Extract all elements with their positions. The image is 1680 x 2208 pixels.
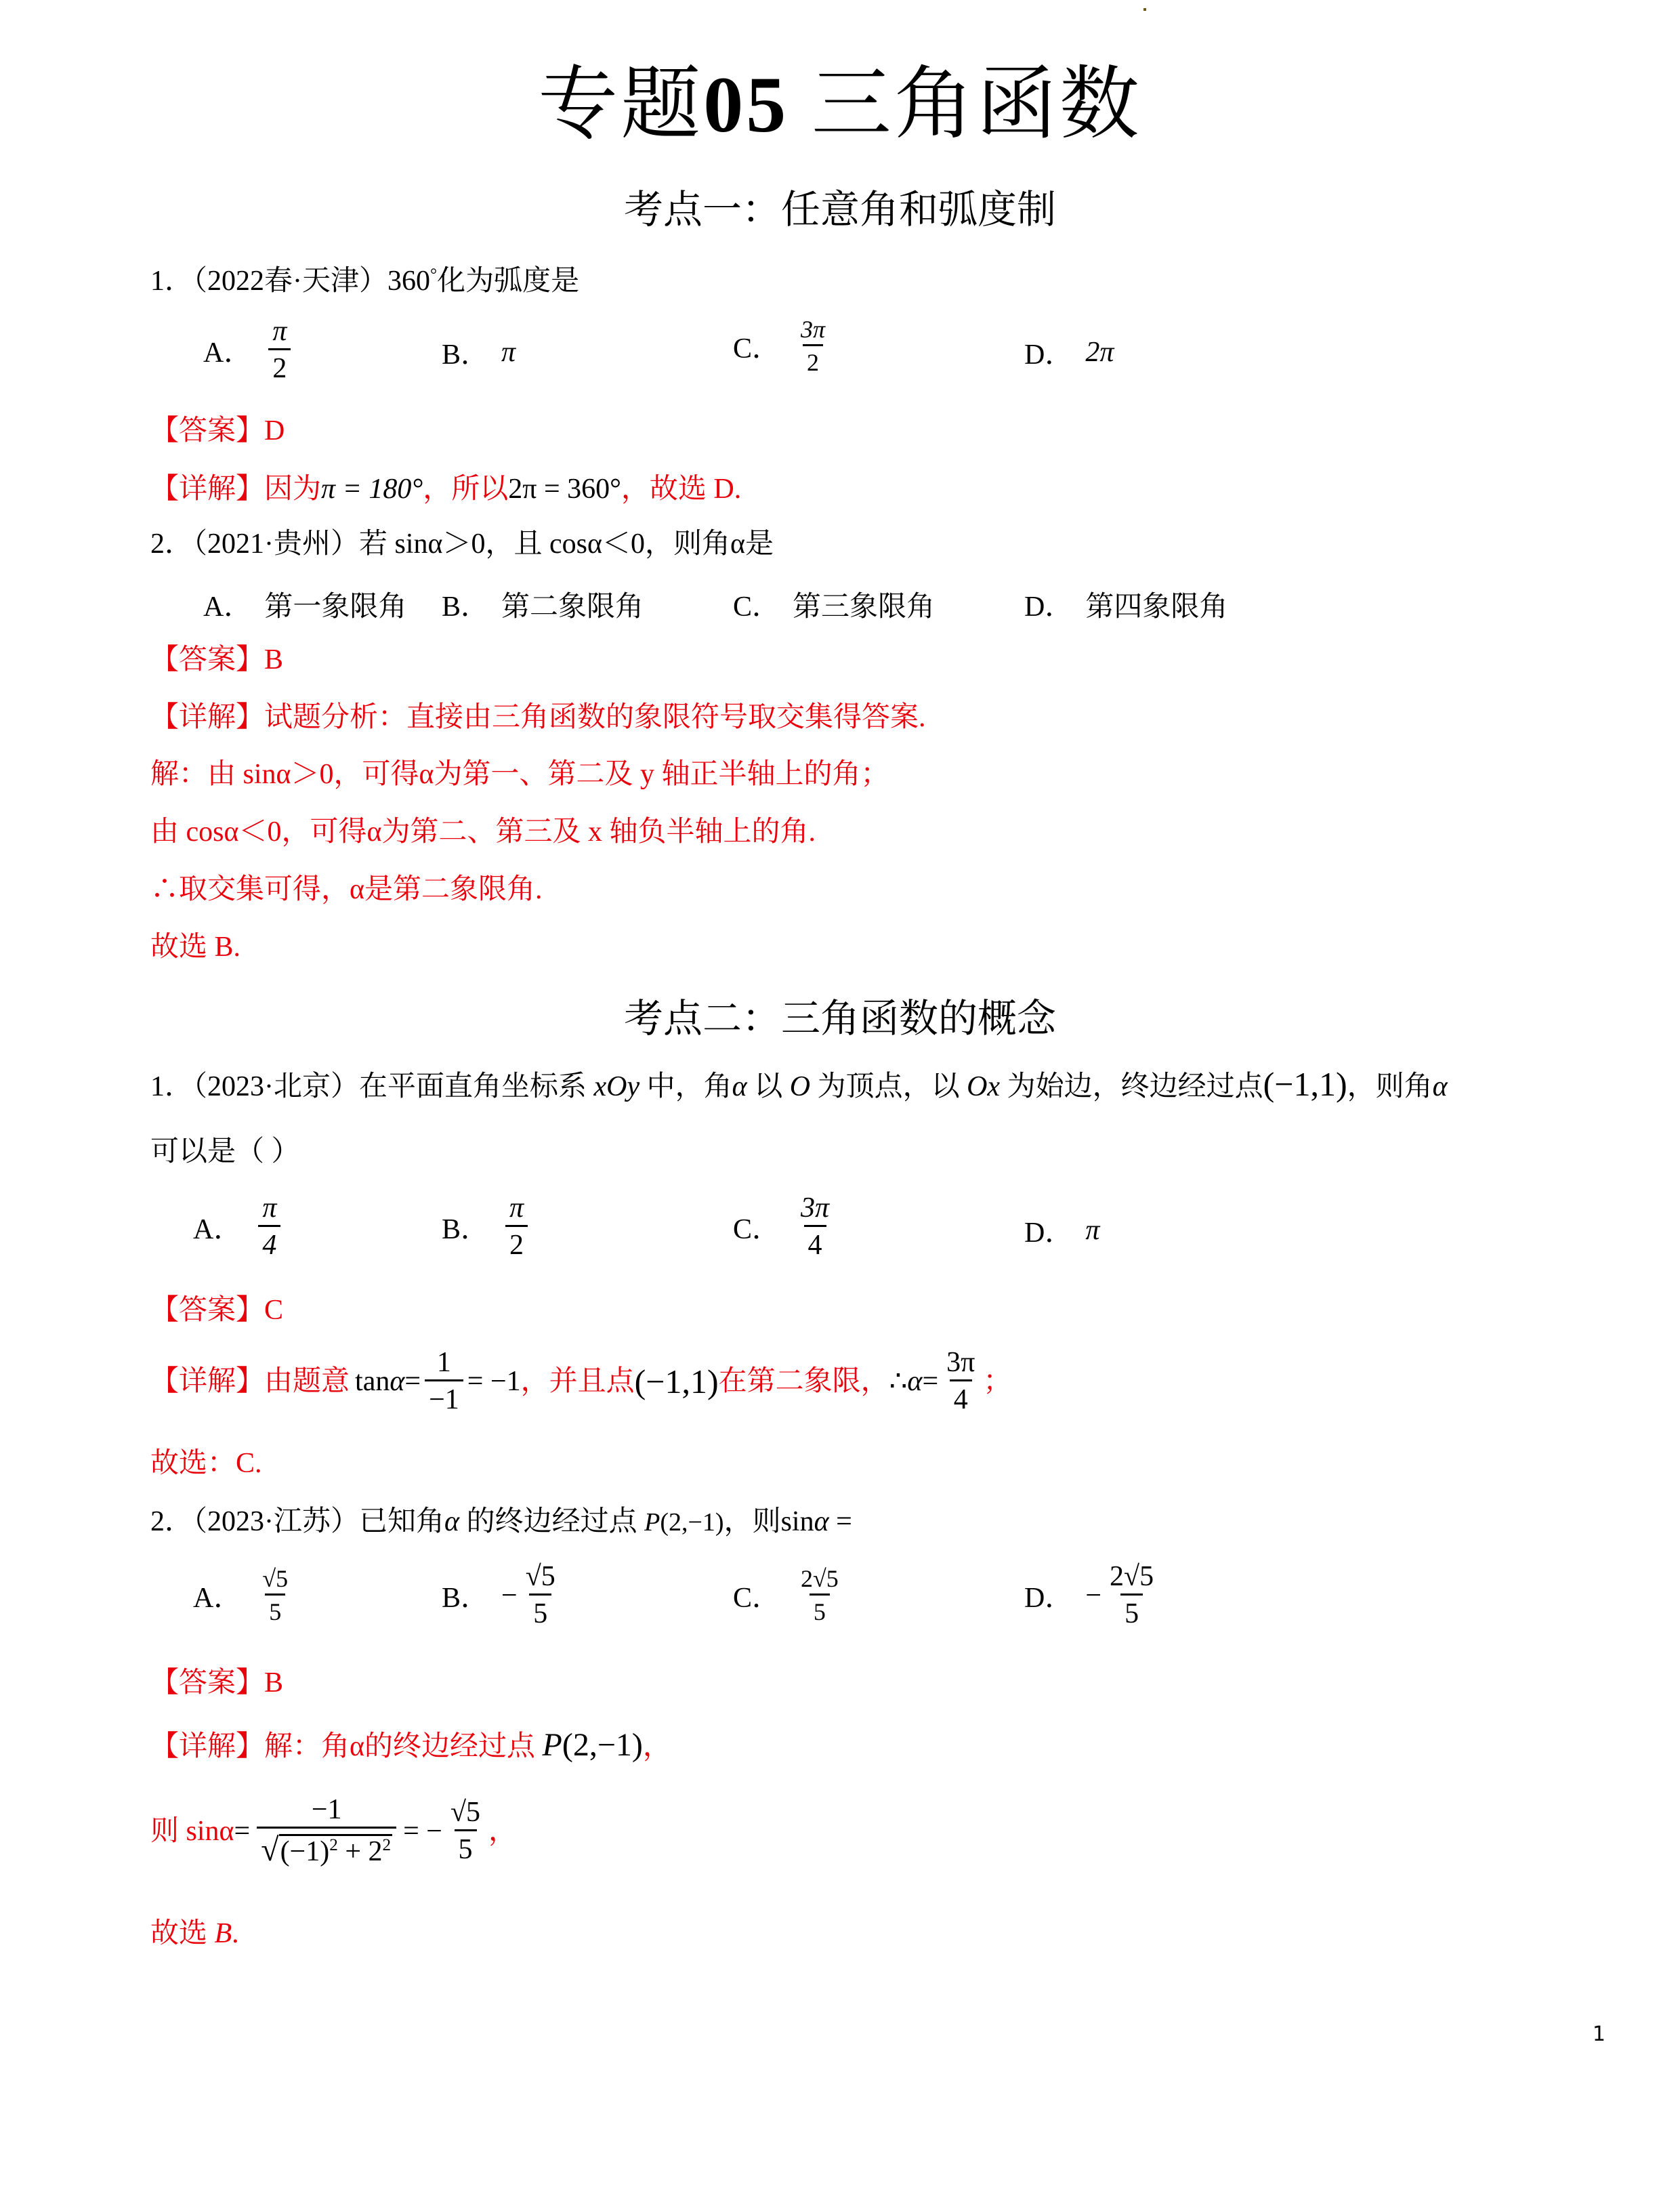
math-op: = <box>922 1362 938 1400</box>
conclusion-text: . <box>232 1918 239 1949</box>
option-label: D． <box>1024 1575 1073 1616</box>
answer-line: 【答案】C <box>150 1291 283 1329</box>
denominator: 5 <box>810 1593 830 1624</box>
question-1-1-stem: 1．（2022春·天津）360°化为弧度是 <box>150 256 579 300</box>
math-var: α <box>390 1362 404 1400</box>
denominator: √(−1)2 + 22 <box>257 1827 396 1867</box>
conclusion-line: 故选 B. <box>150 1915 239 1953</box>
degree-sign: ° <box>430 266 437 284</box>
stem-text: 中，角 <box>639 1071 732 1102</box>
fraction: π2 <box>268 317 291 383</box>
fraction: −1 √(−1)2 + 22 <box>257 1795 396 1867</box>
denominator: 5 <box>1120 1593 1143 1628</box>
stem-value: 360 <box>387 266 430 297</box>
math-func: sin <box>781 1506 814 1537</box>
exponent: 2 <box>383 1836 392 1854</box>
explanation-line: 【详解】解：角α的终边经过点 P(2,−1)， <box>150 1726 671 1766</box>
option-d[interactable]: D． 2π <box>1024 332 1114 373</box>
answer-value: B <box>215 1918 232 1949</box>
answer-line: 【答案】B <box>150 641 283 679</box>
question-source: （2022春·天津） <box>193 266 387 297</box>
radicand: (−1)2 + 22 <box>279 1834 393 1867</box>
option-value: π <box>1085 1214 1099 1247</box>
numerator: √5 <box>446 1798 484 1829</box>
question-number: 2． <box>150 1506 193 1537</box>
option-a[interactable]: A．√55 <box>193 1566 296 1624</box>
numerator: 3π <box>942 1348 979 1379</box>
solution-line: 故选 B. <box>150 928 240 966</box>
numerator: π <box>268 317 291 348</box>
option-c[interactable]: C．第三象限角 <box>733 584 935 625</box>
formula-suffix: ， <box>488 1812 517 1850</box>
option-d[interactable]: D．−2√55 <box>1024 1562 1162 1628</box>
math-op: = <box>234 1812 251 1850</box>
option-a[interactable]: A．第一象限角 <box>203 584 406 625</box>
fraction: 3π2 <box>797 317 829 375</box>
numerator: 3π <box>797 317 829 344</box>
question-1-2-stem: 2．（2021·贵州）若 sinα＞0，且 cosα＜0，则角α是 <box>150 525 774 563</box>
explain-label: 【详解】 <box>150 702 264 733</box>
option-label: A． <box>203 584 252 625</box>
page-title: 专题05 三角函数 <box>0 39 1680 154</box>
option-label: D． <box>1024 584 1073 625</box>
scan-artifact-dot <box>1143 8 1146 11</box>
math-var: Ox <box>967 1071 1000 1102</box>
option-value: 2π <box>1085 336 1114 369</box>
option-label: A． <box>203 330 252 371</box>
fraction: π2 <box>505 1194 528 1259</box>
math-var: P <box>644 1508 660 1537</box>
option-label: D． <box>1024 1210 1073 1251</box>
question-number: 1． <box>150 266 193 297</box>
conclusion-text: 故选 <box>150 1918 215 1949</box>
exponent: 2 <box>329 1836 338 1854</box>
page-number: 1 <box>1593 2022 1605 2046</box>
math-term: (−1) <box>280 1836 330 1867</box>
math-var: α <box>444 1506 459 1537</box>
math-var: P <box>543 1727 562 1763</box>
answer-label: 【答案】 <box>150 1667 264 1699</box>
denominator: 4 <box>804 1225 826 1259</box>
fraction: 3π4 <box>942 1348 979 1414</box>
numerator: 2√5 <box>797 1566 843 1593</box>
stem-text: 以 <box>747 1071 790 1102</box>
numerator: √5 <box>522 1562 560 1593</box>
option-value: π <box>501 336 516 369</box>
option-c[interactable]: C．2√55 <box>733 1566 847 1624</box>
math-func: tan <box>355 1362 390 1400</box>
explain-text: ，并且点 <box>521 1362 635 1400</box>
solution-line: 由 cosα＜0，可得α为第二、第三及 x 轴负半轴上的角. <box>150 813 816 851</box>
fraction: 2√55 <box>797 1566 843 1624</box>
option-label: C． <box>733 584 780 625</box>
option-value: 第四象限角 <box>1085 584 1227 625</box>
solution-line: ∴取交集可得，α是第二象限角. <box>150 871 543 909</box>
numerator: π <box>258 1194 280 1225</box>
numerator: 3π <box>797 1194 833 1225</box>
math-expression: 2π = 360° <box>508 474 621 505</box>
denominator: 2 <box>803 344 823 375</box>
question-source: （2023·北京） <box>193 1071 359 1102</box>
formula-line: 则 sinα = −1 √(−1)2 + 22 = − √55 ， <box>150 1795 517 1867</box>
answer-label: 【答案】 <box>150 1295 264 1326</box>
option-label: B． <box>442 584 489 625</box>
option-d[interactable]: D．第四象限角 <box>1024 584 1227 625</box>
option-label: C． <box>733 1207 780 1247</box>
fraction: π4 <box>258 1194 280 1259</box>
fraction: 3π4 <box>797 1194 833 1259</box>
option-b[interactable]: B．−√55 <box>442 1562 564 1628</box>
option-value: 第一象限角 <box>264 584 406 625</box>
math-op: = − <box>403 1812 442 1850</box>
numerator: 1 <box>433 1348 455 1379</box>
option-label: D． <box>1024 332 1073 373</box>
numerator: 2√5 <box>1106 1562 1158 1593</box>
explain-text: ，所以 <box>423 474 508 505</box>
option-b[interactable]: B．第二象限角 <box>442 584 644 625</box>
math-expression: π = 180° <box>321 474 423 505</box>
math-var: xOy <box>594 1071 640 1102</box>
math-point: (−1,1) <box>635 1362 719 1400</box>
explain-text: ，故选 D. <box>621 474 741 505</box>
denominator: 5 <box>529 1593 551 1628</box>
explain-text: 解：角α的终边经过点 <box>264 1731 543 1762</box>
solution-line: 解：由 sinα＞0，可得α为第一、第二及 y 轴正半轴上的角； <box>150 755 889 793</box>
formula-prefix: 则 sinα <box>150 1812 234 1850</box>
question-number: 2． <box>150 528 193 560</box>
title-prefix: 专题 <box>538 60 703 149</box>
explanation-line: 【详解】由题意 tanα = 1−1 = −1 ，并且点(−1,1) 在第二象限… <box>150 1348 1011 1414</box>
denominator: 5 <box>455 1829 477 1864</box>
explain-text: 试题分析：直接由三角函数的象限符号取交集得答案. <box>264 702 926 733</box>
section-heading-2: 考点二：三角函数的概念 <box>0 986 1680 1043</box>
denominator: 4 <box>258 1225 280 1259</box>
stem-text: 的终边经过点 <box>459 1506 644 1537</box>
stem-text: 在平面直角坐标系 <box>359 1071 594 1102</box>
explain-text: 在第二象限， <box>719 1362 889 1400</box>
question-source: （2023·江苏） <box>193 1506 359 1537</box>
answer-value: C <box>264 1295 283 1326</box>
explain-label: 【详解】 <box>150 474 264 505</box>
section-heading-1: 考点一：任意角和弧度制 <box>0 178 1680 234</box>
option-a[interactable]: A． π2 <box>203 317 295 383</box>
denominator: 2 <box>268 348 291 383</box>
explain-label: 【详解】 <box>150 1362 264 1400</box>
option-label: C． <box>733 326 780 367</box>
answer-value: B <box>264 644 283 675</box>
option-label: B． <box>442 332 489 373</box>
stem-text: 为顶点，以 <box>810 1071 967 1102</box>
explanation-line: 【详解】因为π = 180°，所以2π = 360°，故选 D. <box>150 470 741 508</box>
answer-line: 【答案】B <box>150 1664 283 1702</box>
option-label: C． <box>733 1575 780 1616</box>
question-source: （2021·贵州） <box>193 528 359 560</box>
math-var: α <box>732 1071 747 1102</box>
answer-label: 【答案】 <box>150 644 264 675</box>
denominator: 5 <box>265 1593 285 1624</box>
explanation-line: 【详解】试题分析：直接由三角函数的象限符号取交集得答案. <box>150 699 926 736</box>
stem-text: ，则 <box>724 1506 781 1537</box>
numerator: −1 <box>308 1795 346 1827</box>
stem-text: 为始边，终边经过点 <box>1000 1071 1263 1102</box>
fraction: 2√55 <box>1106 1562 1158 1628</box>
math-point: (2,−1) <box>562 1727 643 1763</box>
denominator: 4 <box>950 1379 972 1414</box>
stem-text: 化为弧度是 <box>437 266 579 297</box>
fraction: √55 <box>446 1798 484 1864</box>
denominator: 2 <box>505 1225 528 1259</box>
fraction: √55 <box>258 1566 292 1624</box>
math-point: (−1,1) <box>1263 1065 1347 1103</box>
fraction: √55 <box>522 1562 560 1628</box>
stem-text: ，则角 <box>1347 1071 1433 1102</box>
math-op: = <box>404 1362 421 1400</box>
math-point: (2,−1) <box>660 1508 723 1537</box>
math-result: = −1 <box>467 1362 521 1400</box>
denominator: −1 <box>425 1379 463 1414</box>
explain-text: 由题意 <box>264 1362 350 1400</box>
answer-value: B <box>264 1667 283 1699</box>
numerator: √5 <box>258 1566 292 1593</box>
answer-value: D <box>264 415 285 446</box>
explain-label: 【详解】 <box>150 1731 264 1762</box>
fraction: 1−1 <box>425 1348 463 1414</box>
option-b[interactable]: B．π2 <box>442 1194 532 1259</box>
math-term: + 2 <box>338 1836 383 1867</box>
option-value: 第三象限角 <box>793 584 935 625</box>
explain-text: 因为 <box>264 474 321 505</box>
explain-text: ， <box>643 1731 671 1762</box>
title-subject: 三角函数 <box>812 60 1142 149</box>
numerator: π <box>505 1194 528 1225</box>
therefore-symbol: ∴ <box>889 1362 908 1400</box>
math-op: = <box>829 1506 852 1537</box>
stem-text: 若 sinα＞0，且 cosα＜0，则角α是 <box>359 528 774 560</box>
option-value: 第二象限角 <box>501 584 644 625</box>
sign: − <box>1085 1579 1101 1612</box>
question-number: 1． <box>150 1071 193 1102</box>
answer-label: 【答案】 <box>150 415 264 446</box>
math-var: α <box>1433 1071 1448 1102</box>
option-label: A． <box>193 1575 242 1616</box>
stem-text: 已知角 <box>359 1506 444 1537</box>
question-2-1-stem-line2: 可以是（ ） <box>150 1133 300 1171</box>
question-2-1-stem: 1．（2023·北京）在平面直角坐标系 xOy 中，角α 以 O 为顶点，以 O… <box>150 1065 1448 1106</box>
answer-line: 【答案】D <box>150 412 285 450</box>
option-d[interactable]: D．π <box>1024 1210 1099 1251</box>
option-label: B． <box>442 1207 489 1247</box>
conclusion-line: 故选：C. <box>150 1444 262 1482</box>
option-c[interactable]: C．3π4 <box>733 1194 837 1259</box>
math-var: O <box>790 1071 810 1102</box>
sign: − <box>501 1579 518 1612</box>
option-label: B． <box>442 1575 489 1616</box>
math-var: α <box>907 1362 922 1400</box>
question-2-2-stem: 2．（2023·江苏）已知角α 的终边经过点 P(2,−1)，则sinα = <box>150 1503 852 1541</box>
title-number: 05 <box>703 60 789 149</box>
option-label: A． <box>193 1207 242 1247</box>
option-c[interactable]: C． 3π2 <box>733 317 833 375</box>
option-b[interactable]: B． π <box>442 332 516 373</box>
explain-text: ； <box>983 1362 1011 1400</box>
math-var: α <box>814 1506 829 1537</box>
option-a[interactable]: A．π4 <box>193 1194 285 1259</box>
